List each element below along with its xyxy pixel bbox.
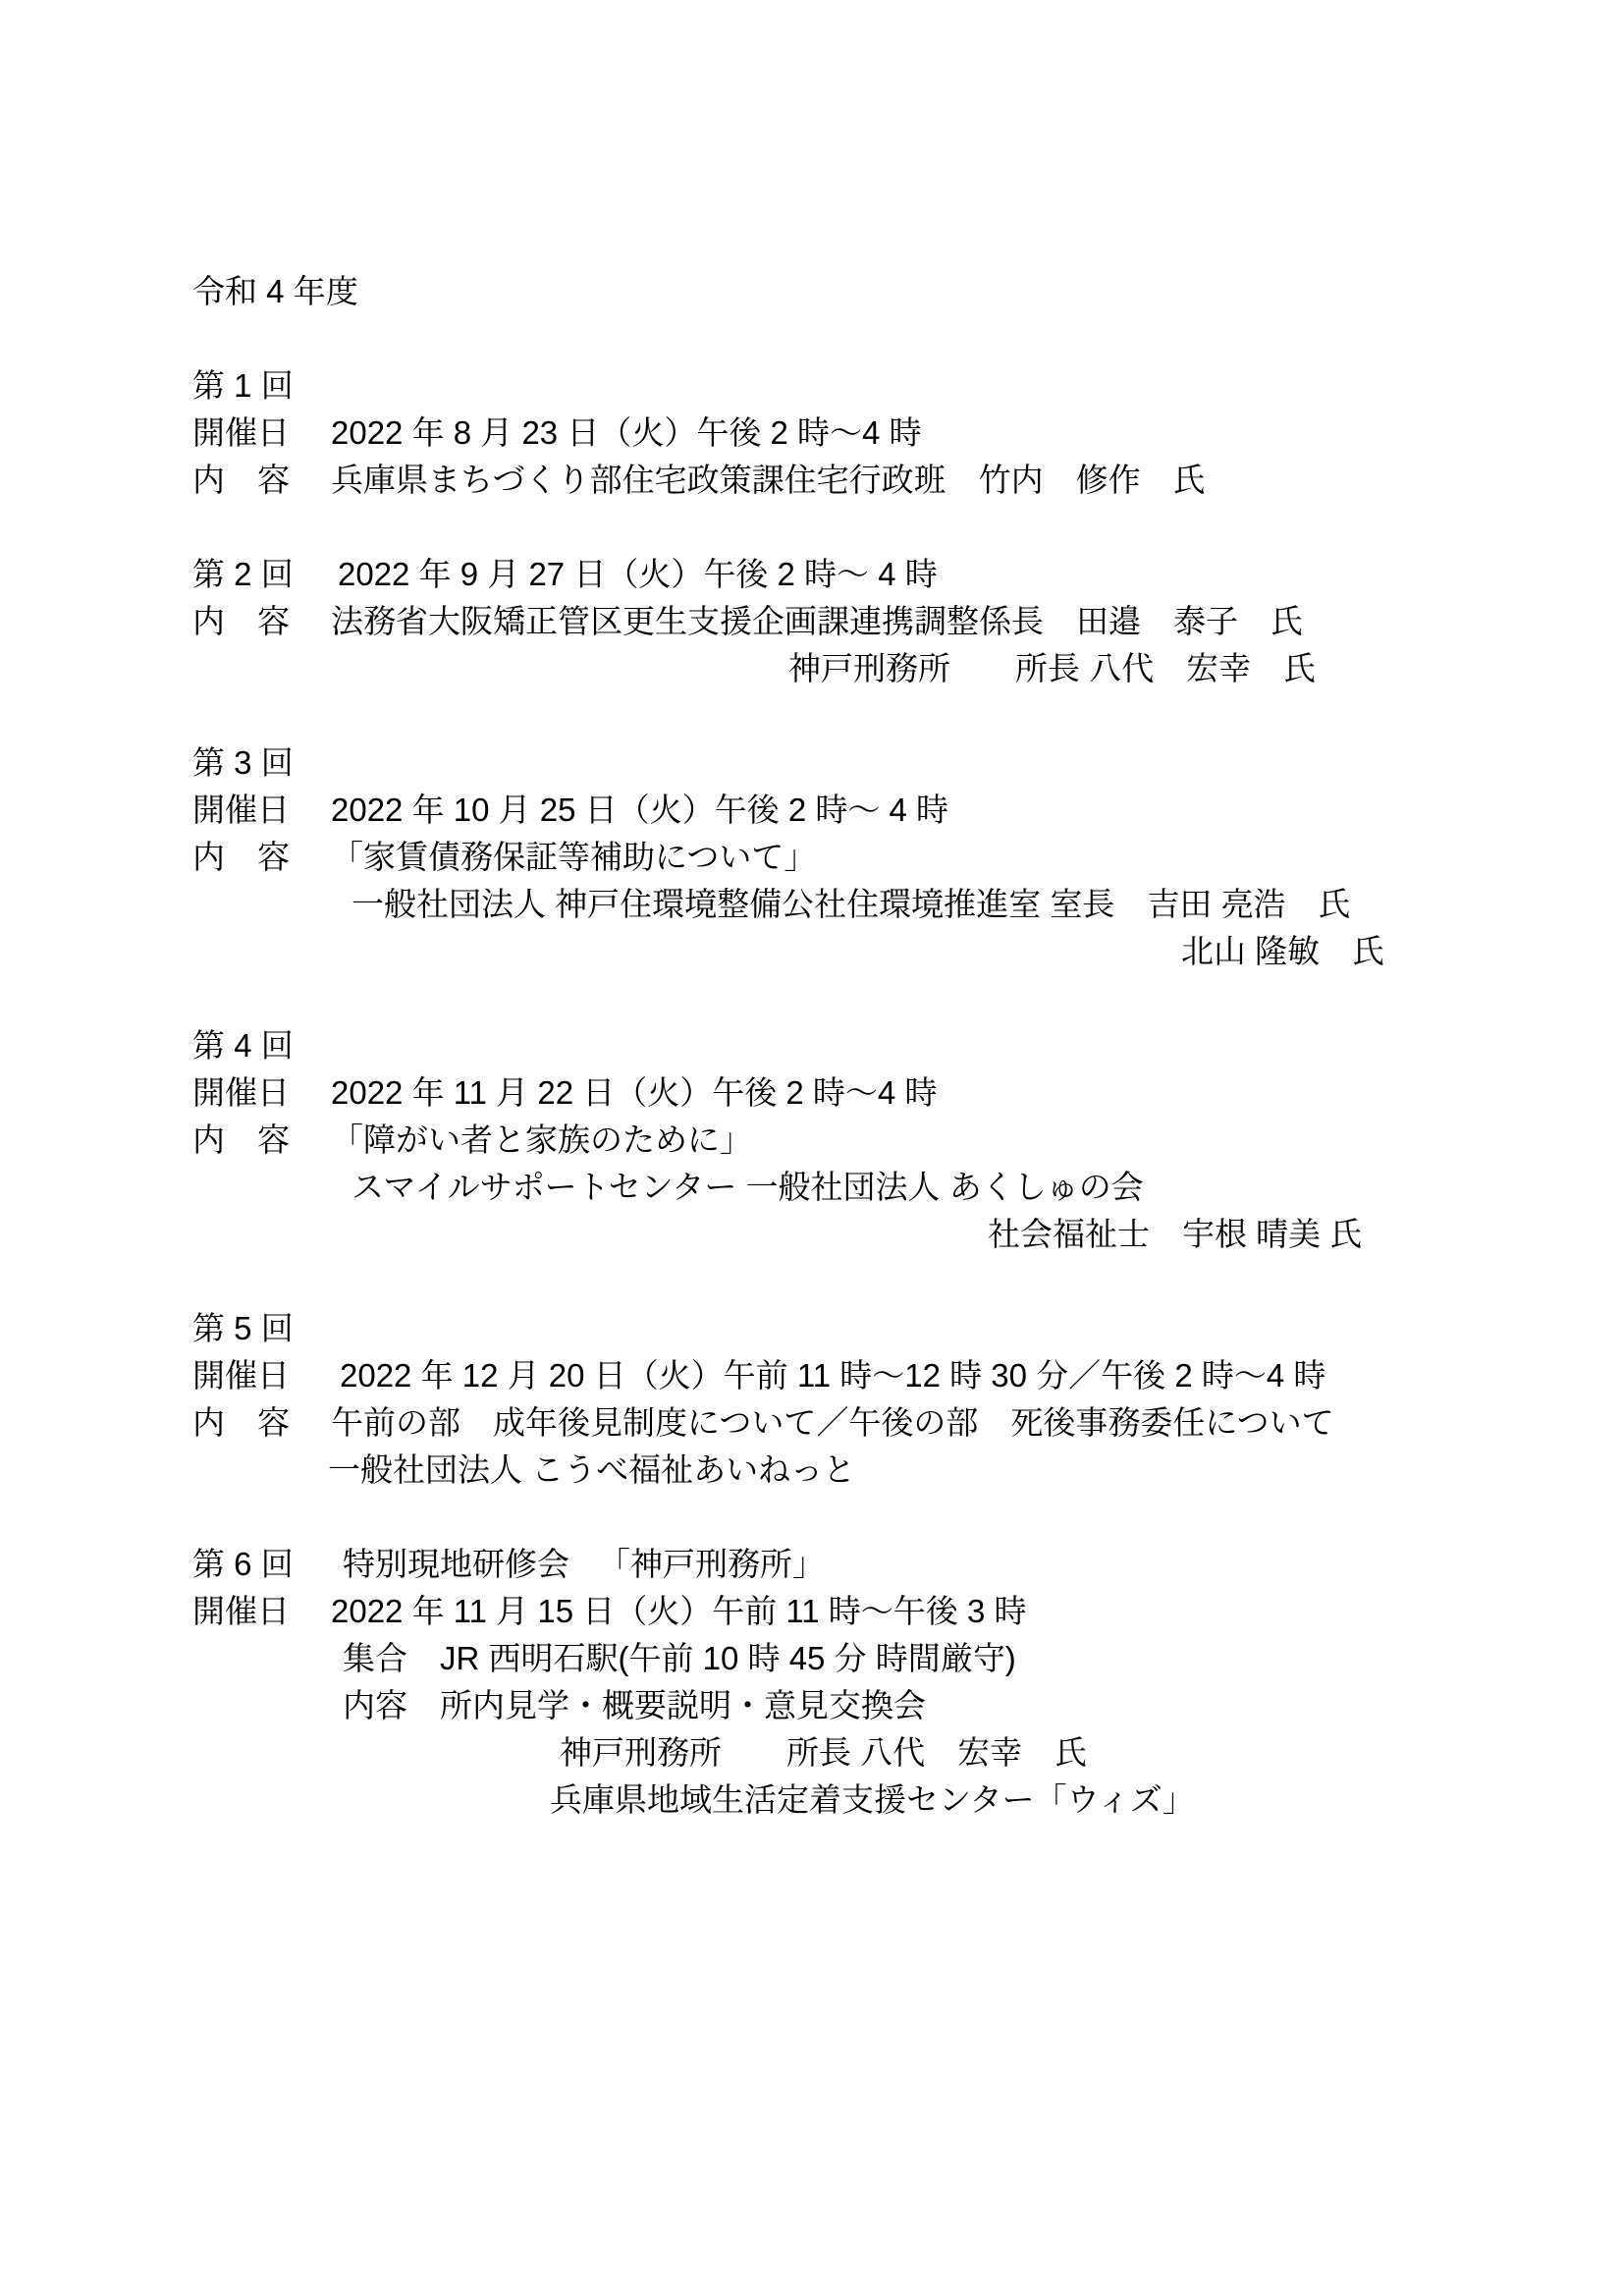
blank-line <box>192 1258 1622 1305</box>
session-3-content-row: 内 容「家賃債務保証等補助について」 <box>192 834 1622 881</box>
session-1-date-row: 開催日2022 年 8 月 23 日（火）午後 2 時～4 時 <box>192 410 1622 457</box>
session-3: 第 3 回 開催日2022 年 10 月 25 日（火）午後 2 時～ 4 時 … <box>192 739 1622 975</box>
content-text: 北山 隆敏 氏 <box>1181 933 1384 969</box>
content-text: 兵庫県まちづくり部住宅政策課住宅行政班 竹内 修作 氏 <box>331 462 1206 498</box>
session-6-speaker-row: 神戸刑務所 所長 八代 宏幸 氏 <box>192 1729 1622 1777</box>
session-number-text: 第 6 回 <box>192 1541 343 1588</box>
content-text: 法務省大阪矯正管区更生支援企画課連携調整係長 田邉 泰子 氏 <box>331 603 1303 639</box>
session-1: 第 1 回 開催日2022 年 8 月 23 日（火）午後 2 時～4 時 内 … <box>192 362 1622 504</box>
blank-line <box>192 692 1622 739</box>
session-number-text: 第 5 回 <box>192 1310 294 1346</box>
session-4-date-row: 開催日2022 年 11 月 22 日（火）午後 2 時～4 時 <box>192 1069 1622 1117</box>
document-body: 令和 4 年度 第 1 回 開催日2022 年 8 月 23 日（火）午後 2 … <box>0 0 1622 1824</box>
session-5-organization-row: 一般社団法人 こうべ福祉あいねっと <box>192 1447 1622 1494</box>
agenda-text: 内容 所内見学・概要説明・意見交換会 <box>343 1687 926 1723</box>
fiscal-year-text: 令和 4 年度 <box>192 273 358 309</box>
session-number-text: 第 3 回 <box>192 744 294 781</box>
session-6: 第 6 回特別現地研修会「神戸刑務所」 開催日2022 年 11 月 15 日（… <box>192 1541 1622 1824</box>
content-text: 一般社団法人 神戸住環境整備公社住環境推進室 室長 吉田 亮浩 氏 <box>351 886 1351 922</box>
session-4-organization-row: スマイルサポートセンター 一般社団法人 あくしゅの会 <box>192 1164 1622 1211</box>
date-value: 2022 年 8 月 23 日（火）午後 2 時～4 時 <box>331 414 922 451</box>
session-2-number-date-row: 第 2 回2022 年 9 月 27 日（火）午後 2 時～ 4 時 <box>192 551 1622 598</box>
session-5: 第 5 回 開催日2022 年 12 月 20 日（火）午前 11 時～12 時… <box>192 1305 1622 1494</box>
date-label: 開催日 <box>192 1069 331 1117</box>
session-6-meeting-row: 集合 JR 西明石駅(午前 10 時 45 分 時間厳守) <box>192 1635 1622 1682</box>
document-page: { "page": { "background_color": "#ffffff… <box>0 0 1622 2296</box>
content-text: スマイルサポートセンター 一般社団法人 あくしゅの会 <box>351 1169 1144 1205</box>
content-label: 内 容 <box>192 457 331 504</box>
content-label: 内 容 <box>192 1117 331 1164</box>
session-4-content-row: 内 容「障がい者と家族のために」 <box>192 1117 1622 1164</box>
session-number-text: 第 1 回 <box>192 367 294 404</box>
content-text: 午前の部 成年後見制度について／午後の部 死後事務委任について <box>331 1404 1334 1441</box>
content-text: 神戸刑務所 所長 八代 宏幸 氏 <box>560 1734 1087 1771</box>
date-label: 開催日 <box>192 1352 331 1399</box>
content-text: 「障がい者と家族のために」 <box>331 1121 752 1158</box>
session-3-date-row: 開催日2022 年 10 月 25 日（火）午後 2 時～ 4 時 <box>192 787 1622 834</box>
date-value: 2022 年 11 月 22 日（火）午後 2 時～4 時 <box>331 1074 937 1111</box>
date-label: 開催日 <box>192 787 331 834</box>
session-4: 第 4 回 開催日2022 年 11 月 22 日（火）午後 2 時～4 時 内… <box>192 1022 1622 1258</box>
date-label: 開催日 <box>192 1588 331 1635</box>
date-value: 2022 年 11 月 15 日（火）午前 11 時～午後 3 時 <box>331 1593 1027 1629</box>
blank-line <box>192 1494 1622 1541</box>
session-1-content-row: 内 容兵庫県まちづくり部住宅政策課住宅行政班 竹内 修作 氏 <box>192 457 1622 504</box>
content-label: 内 容 <box>192 1399 331 1447</box>
fiscal-year-heading: 令和 4 年度 <box>192 268 1622 315</box>
session-2: 第 2 回2022 年 9 月 27 日（火）午後 2 時～ 4 時 内 容法務… <box>192 551 1622 692</box>
session-4-speaker-row: 社会福祉士 宇根 晴美 氏 <box>192 1211 1622 1258</box>
session-3-organization-row: 一般社団法人 神戸住環境整備公社住環境推進室 室長 吉田 亮浩 氏 <box>192 881 1622 928</box>
date-value: 2022 年 12 月 20 日（火）午前 11 時～12 時 30 分／午後 … <box>331 1357 1325 1394</box>
content-label: 内 容 <box>192 834 331 881</box>
blank-line <box>192 315 1622 362</box>
session-number-text: 第 4 回 <box>192 1027 294 1064</box>
session-6-agenda-row: 内容 所内見学・概要説明・意見交換会 <box>192 1682 1622 1729</box>
session-6-support-center-row: 兵庫県地域生活定着支援センター「ウィズ」 <box>192 1777 1622 1824</box>
session-2-content-row: 内 容法務省大阪矯正管区更生支援企画課連携調整係長 田邉 泰子 氏 <box>192 598 1622 645</box>
date-value: 2022 年 10 月 25 日（火）午後 2 時～ 4 時 <box>331 792 948 828</box>
blank-line <box>192 975 1622 1022</box>
blank-line <box>192 504 1622 551</box>
content-text: 「家賃債務保証等補助について」 <box>331 839 816 875</box>
session-5-content-row: 内 容午前の部 成年後見制度について／午後の部 死後事務委任について <box>192 1399 1622 1447</box>
date-value: 2022 年 9 月 27 日（火）午後 2 時～ 4 時 <box>338 556 938 592</box>
session-venue-text: 「神戸刑務所」 <box>598 1546 825 1582</box>
content-label: 内 容 <box>192 598 331 645</box>
session-4-number: 第 4 回 <box>192 1022 1622 1069</box>
content-text: 一般社団法人 こうべ福祉あいねっと <box>328 1451 855 1488</box>
session-title-text: 特別現地研修会 <box>343 1541 598 1588</box>
session-3-speaker-row: 北山 隆敏 氏 <box>192 928 1622 975</box>
content-text: 兵庫県地域生活定着支援センター「ウィズ」 <box>550 1781 1195 1818</box>
session-1-number: 第 1 回 <box>192 362 1622 410</box>
session-6-date-row: 開催日2022 年 11 月 15 日（火）午前 11 時～午後 3 時 <box>192 1588 1622 1635</box>
session-3-number: 第 3 回 <box>192 739 1622 787</box>
session-number-text: 第 2 回 <box>192 551 338 598</box>
date-label: 開催日 <box>192 410 331 457</box>
session-5-number: 第 5 回 <box>192 1305 1622 1352</box>
content-text: 神戸刑務所 所長 八代 宏幸 氏 <box>788 650 1316 686</box>
session-5-date-row: 開催日2022 年 12 月 20 日（火）午前 11 時～12 時 30 分／… <box>192 1352 1622 1399</box>
meeting-text: 集合 JR 西明石駅(午前 10 時 45 分 時間厳守) <box>343 1640 1016 1676</box>
content-text: 社会福祉士 宇根 晴美 氏 <box>988 1216 1362 1252</box>
session-2-speaker-row: 神戸刑務所 所長 八代 宏幸 氏 <box>192 645 1622 692</box>
session-6-number-title-row: 第 6 回特別現地研修会「神戸刑務所」 <box>192 1541 1622 1588</box>
